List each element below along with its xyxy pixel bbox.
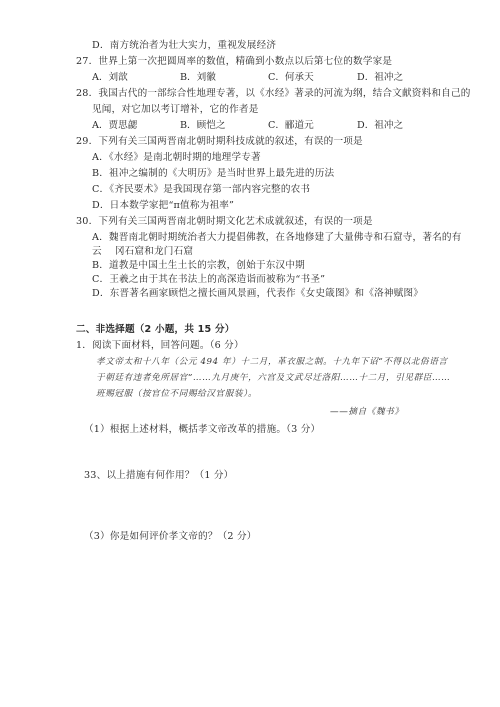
q27-option-c: C．何承天 bbox=[268, 72, 314, 84]
q30-option-c: C．王羲之由于其在书法上的高深造诣而被称为“书圣” bbox=[92, 274, 325, 286]
material-line-1: 孝文帝太和十八年（公元 494 年）十二月，革衣服之制。十九年下诏“不得以北俗语… bbox=[96, 356, 448, 368]
q27-option-d: D．祖冲之 bbox=[357, 72, 403, 84]
q30-option-a-line2: 云 冈石窟和龙门石窟 bbox=[92, 246, 193, 258]
section-heading: 二、非选择题（2 小题，共 15 分） bbox=[76, 324, 235, 336]
q29-option-c: C．《齐民要术》是我国现存第一部内容完整的农书 bbox=[92, 184, 310, 196]
q28-option-d: D．祖冲之 bbox=[357, 120, 403, 132]
q29-option-a: A．《水经》是南北朝时期的地理学专著 bbox=[92, 152, 261, 164]
material-line-2: 于朝廷有违者免所居官”……九月庚午，六宫及文武尽迁洛阳……十二月，引见群臣…… bbox=[96, 372, 450, 384]
q26-option-d: D．南方统治者为壮大实力，重视发展经济 bbox=[92, 40, 276, 52]
q29-stem: 29．下列有关三国两晋南北朝时期科技成就的叙述，有误的一项是 bbox=[76, 136, 363, 148]
q28-option-a: A．贾思勰 bbox=[92, 120, 137, 132]
q30-stem: 30．下列有关三国两晋南北朝时期文化艺术成就叙述，有误的一项是 bbox=[76, 216, 373, 228]
q28-stem-line2: 见闻，对它加以考订增补，它的作者是 bbox=[92, 104, 259, 116]
q29-option-b: B．祖冲之编制的《大明历》是当时世界上最先进的历法 bbox=[92, 168, 334, 180]
sub-question-1: （1）根据上述材料，概括孝文帝改革的措施。（3 分） bbox=[84, 424, 320, 436]
q27-option-a: A．刘歆 bbox=[92, 72, 128, 84]
material-source: ——摘自《魏书》 bbox=[330, 406, 404, 418]
material-line-3: 班赐冠服（按官位不同赐给汉官服装）。 bbox=[96, 388, 257, 400]
q30-option-d: D．东晋著名画家顾恺之擅长画风景画，代表作《女史箴图》和《洛神赋图》 bbox=[92, 288, 423, 300]
q28-stem-line1: 28．我国古代的一部综合性地理专著，以《水经》著录的河流为纲，结合文献资料和自己… bbox=[76, 88, 471, 100]
sub-question-2: 33、以上措施有何作用？（1 分） bbox=[84, 470, 233, 482]
sub-question-3: （3）你是如何评价孝文帝的？（2 分） bbox=[84, 531, 257, 543]
q28-option-c: C．郦道元 bbox=[268, 120, 314, 132]
q30-option-b: B．道教是中国土生土长的宗教，创始于东汉中期 bbox=[92, 260, 305, 272]
q1-stem: 1．阅读下面材料，回答问题。（6 分） bbox=[76, 340, 244, 352]
q27-option-b: B．刘徽 bbox=[180, 72, 216, 84]
q28-option-b: B．顾恺之 bbox=[180, 120, 225, 132]
q29-option-d: D．日本数学家把“π值称为祖率” bbox=[92, 200, 234, 212]
q30-option-a-line1: A．魏晋南北朝时期统治者大力提倡佛教，在各地修建了大量佛寺和石窟寺，著名的有 bbox=[92, 232, 462, 244]
q27-stem: 27．世界上第一次把圆周率的数值，精确到小数点以后第七位的数学家是 bbox=[76, 56, 392, 68]
